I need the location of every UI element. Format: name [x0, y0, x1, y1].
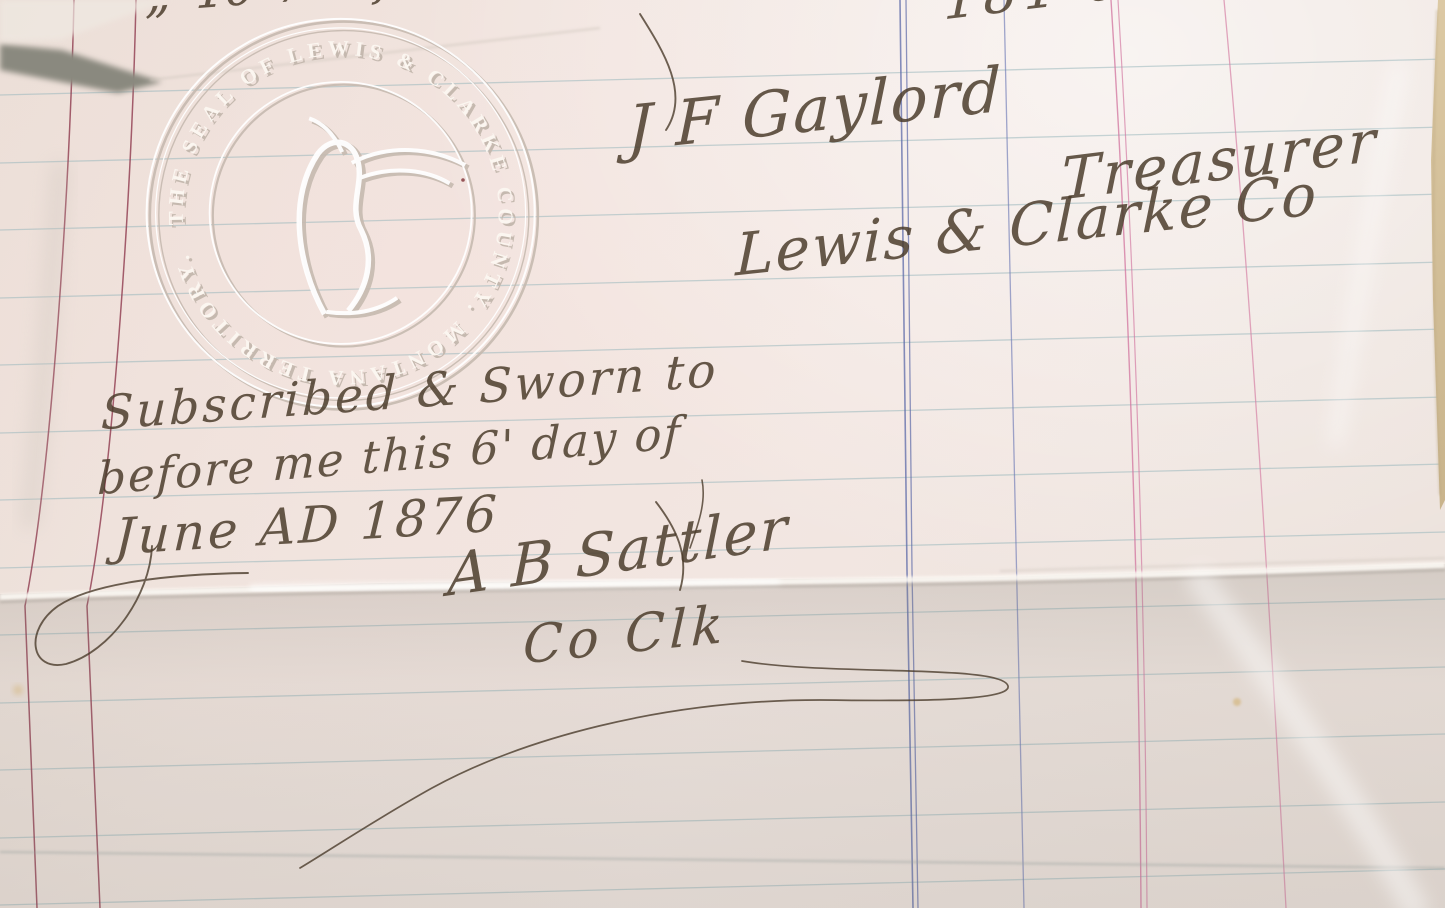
- page-edge-right: [1431, 0, 1445, 510]
- ledger-page-photo: THE SEAL OF LEWIS & CLARKE COUNTY. MONTA…: [0, 0, 1445, 908]
